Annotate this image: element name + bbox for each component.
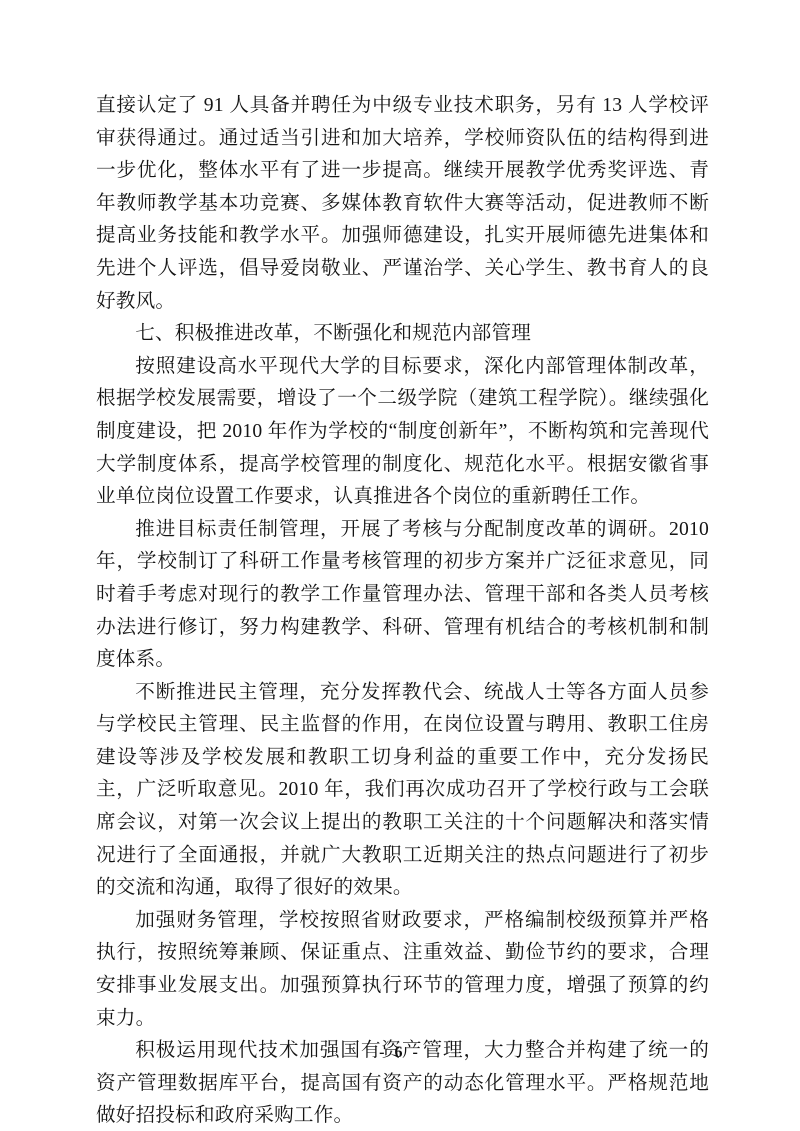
paragraph-democratic-management: 不断推进民主管理，充分发挥教代会、统战人士等各方面人员参与学校民主管理、民主监督… <box>96 677 709 905</box>
paragraph-financial-management: 加强财务管理，学校按照省财政要求，严格编制校级预算并严格执行，按照统筹兼顾、保证… <box>96 905 709 1035</box>
paragraph-institution-reform: 按照建设高水平现代大学的目标要求，深化内部管理体制改革，根据学校发展需要，增设了… <box>96 351 709 514</box>
section-heading: 七、积极推进改革，不断强化和规范内部管理 <box>96 318 709 351</box>
page-footer: - 6 - <box>0 1044 800 1062</box>
document-page: 直接认定了 91 人具备并聘任为中级专业技术职务，另有 13 人学校评审获得通过… <box>0 0 800 1131</box>
page-body: 直接认定了 91 人具备并聘任为中级专业技术职务，另有 13 人学校评审获得通过… <box>96 90 709 1131</box>
paragraph-target-responsibility: 推进目标责任制管理，开展了考核与分配制度改革的调研。2010 年，学校制订了科研… <box>96 514 709 677</box>
paragraph-continued: 直接认定了 91 人具备并聘任为中级专业技术职务，另有 13 人学校评审获得通过… <box>96 90 709 318</box>
page-number: - 6 - <box>379 1044 421 1061</box>
